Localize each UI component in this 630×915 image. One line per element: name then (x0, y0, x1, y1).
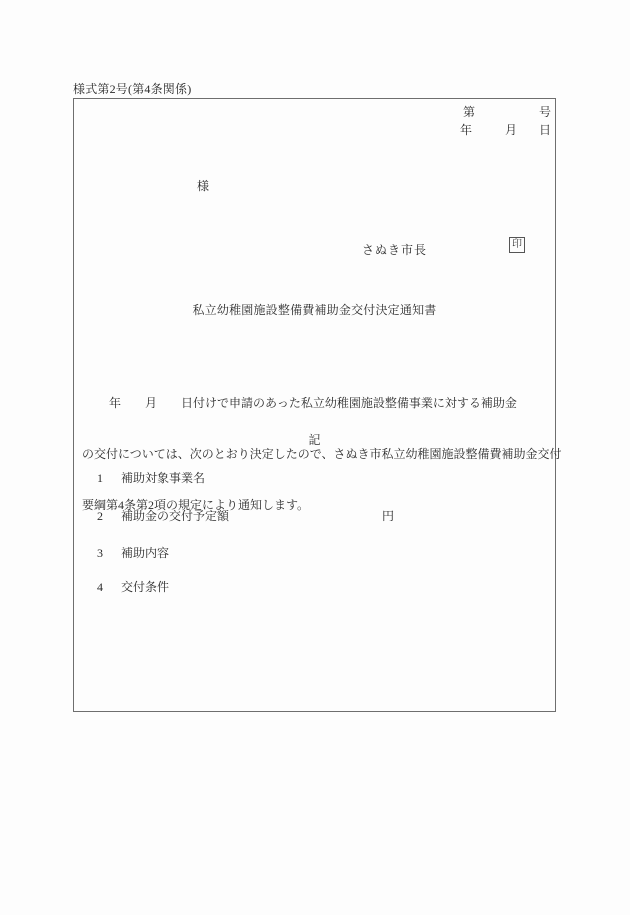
seal-mark: 印 (509, 237, 525, 253)
list-item-grant-conditions: 4 交付条件 (97, 578, 169, 595)
list-item-planned-grant-amount: 2 補助金の交付予定額 円 (97, 507, 229, 524)
date-day-label: 日 (539, 121, 551, 139)
document-title: 私立幼稚園施設整備費補助金交付決定通知書 (74, 301, 555, 318)
item-label: 補助金の交付予定額 (121, 509, 229, 523)
item-number: 3 (97, 546, 118, 561)
item-label: 交付条件 (121, 580, 169, 594)
item-number: 1 (97, 471, 118, 486)
addressee-honorific: 様 (197, 177, 209, 194)
date-day-blank-field (517, 130, 539, 131)
form-number-label: 様式第2号(第4条関係) (73, 80, 191, 97)
date-month-blank-field (472, 130, 505, 131)
doc-number-prefix: 第 (463, 103, 475, 121)
body-line-2: の交付については、次のとおり決定したので、さぬき市私立幼稚園施設整備費補助金交付 (82, 446, 550, 463)
document-page: 様式第2号(第4条関係) 第 号 年 月 日 様 さぬき市長 印 私立幼稚園施設… (0, 0, 630, 915)
item-number: 4 (97, 580, 118, 595)
doc-date-row: 年 月 日 (460, 121, 551, 139)
currency-unit-label: 円 (382, 507, 394, 524)
list-item-subsidy-details: 3 補助内容 (97, 544, 169, 561)
doc-number-date-block: 第 号 年 月 日 (460, 103, 551, 139)
date-month-label: 月 (505, 121, 517, 139)
doc-number-row: 第 号 (460, 103, 551, 121)
item-label: 補助内容 (121, 546, 169, 560)
doc-number-blank-field (475, 112, 539, 113)
item-label: 補助対象事業名 (121, 471, 205, 485)
list-item-subsidized-project-name: 1 補助対象事業名 (97, 469, 205, 486)
sender-name: さぬき市長 (362, 241, 427, 258)
body-line-1: 年 月 日付けで申請のあった私立幼稚園施設整備事業に対する補助金 (82, 395, 550, 412)
item-number: 2 (97, 509, 118, 524)
document-border-box: 第 号 年 月 日 様 さぬき市長 印 私立幼稚園施設整備費補助金交付決定通知書… (73, 98, 556, 712)
date-year-label: 年 (460, 121, 472, 139)
doc-number-suffix: 号 (539, 103, 551, 121)
record-heading: 記 (74, 431, 555, 448)
